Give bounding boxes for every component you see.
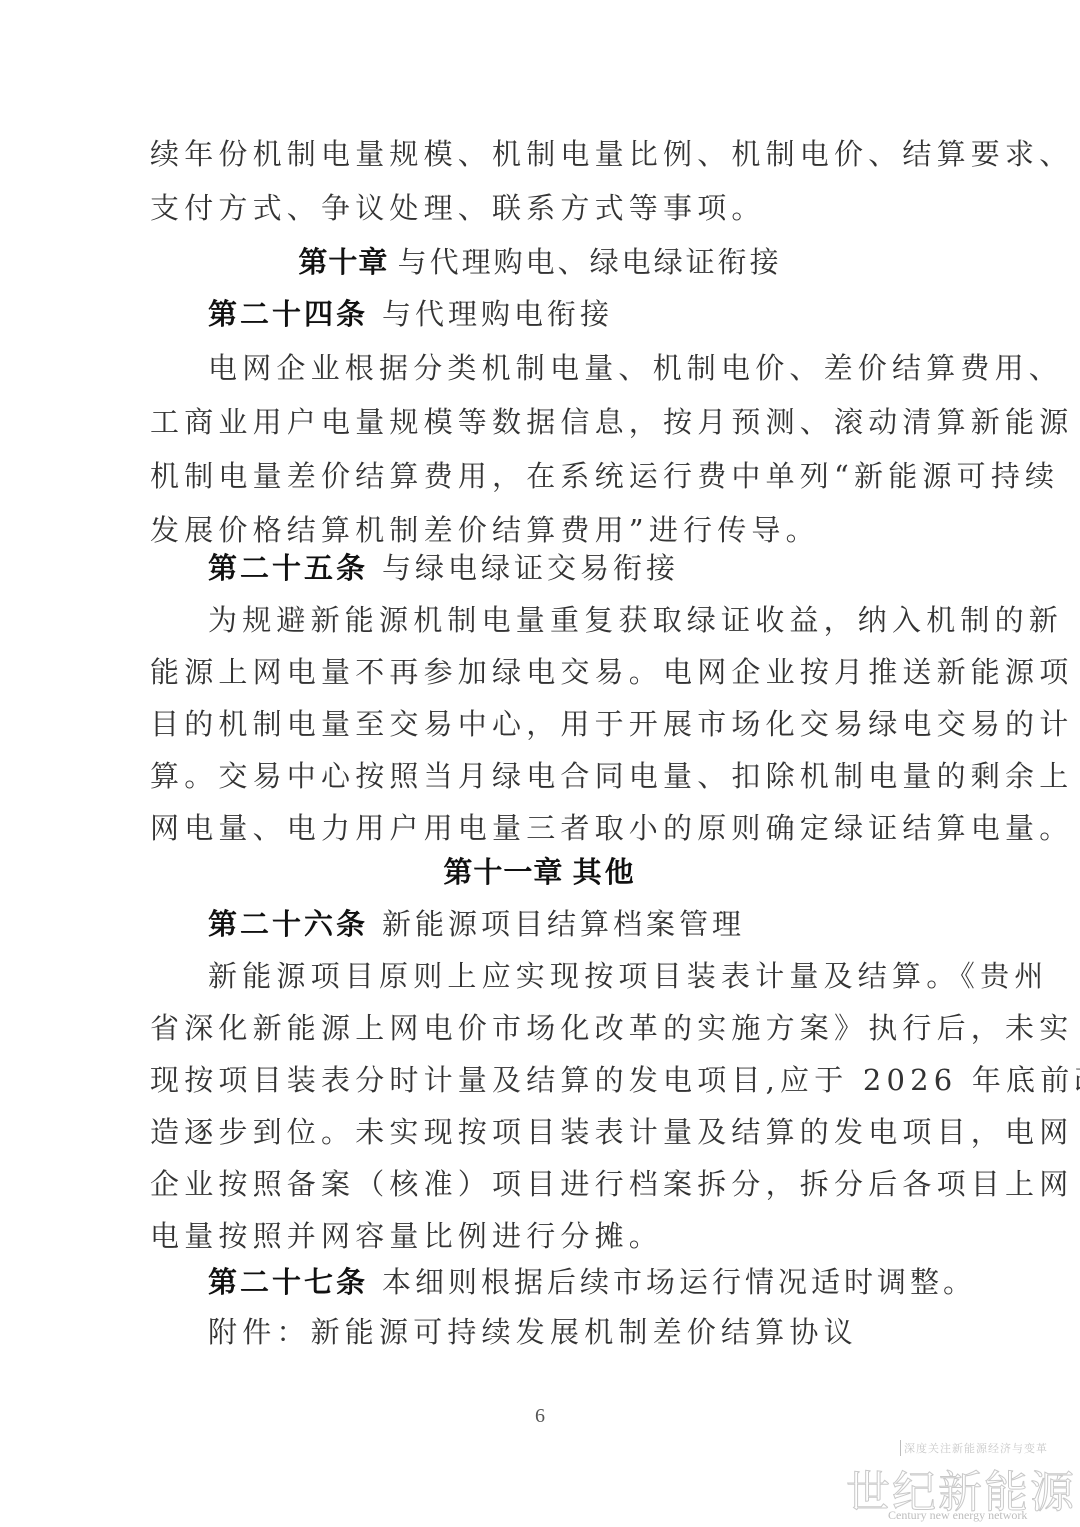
article-number: 第二十五条 — [208, 551, 368, 585]
article-title: 与绿电绿证交易衔接 — [382, 551, 679, 585]
watermark-tagline: 深度关注新能源经济与变革 — [900, 1440, 1048, 1456]
paragraph-line: 为规避新能源机制电量重复获取绿证收益，纳入机制的新 — [208, 600, 998, 640]
paragraph-line: 企业按照备案（核准）项目进行档案拆分，拆分后各项目上网 — [150, 1164, 940, 1204]
chapter-heading-11: 第十一章 其他 — [0, 852, 1080, 892]
article-number: 第二十七条 — [208, 1265, 368, 1299]
chapter-heading-10: 第十章 与代理购电、绿电绿证衔接 — [0, 242, 1080, 282]
chapter-number: 第十一章 — [443, 855, 563, 889]
article-title: 本细则根据后续市场运行情况适时调整。 — [382, 1265, 976, 1299]
article-number: 第二十六条 — [208, 907, 368, 941]
article-heading-24: 第二十四条与代理购电衔接 — [208, 294, 998, 334]
paragraph-line: 能源上网电量不再参加绿电交易。电网企业按月推送新能源项 — [150, 652, 940, 692]
paragraph-line: 续年份机制电量规模、机制电量比例、机制电价、结算要求、 — [150, 134, 940, 174]
page-number: 6 — [0, 1405, 1080, 1428]
watermark-english: Century new energy network — [888, 1508, 1027, 1523]
chapter-title: 与代理购电、绿电绿证衔接 — [398, 245, 782, 279]
article-heading-25: 第二十五条与绿电绿证交易衔接 — [208, 548, 998, 588]
paragraph-line: 支付方式、争议处理、联系方式等事项。 — [150, 188, 940, 228]
chapter-number: 第十章 — [298, 245, 388, 279]
paragraph-line: 目的机制电量至交易中心，用于开展市场化交易绿电交易的计 — [150, 704, 940, 744]
paragraph-line: 电网企业根据分类机制电量、机制电价、差价结算费用、 — [208, 348, 998, 388]
paragraph-line: 机制电量差价结算费用，在系统运行费中单列“新能源可持续 — [150, 456, 940, 496]
paragraph-line: 发展价格结算机制差价结算费用”进行传导。 — [150, 510, 940, 550]
chapter-title: 其他 — [573, 855, 637, 889]
article-title: 与代理购电衔接 — [382, 297, 613, 331]
article-title: 新能源项目结算档案管理 — [382, 907, 745, 941]
article-number: 第二十四条 — [208, 297, 368, 331]
paragraph-line: 造逐步到位。未实现按项目装表计量及结算的发电项目，电网 — [150, 1112, 940, 1152]
document-page: 续年份机制电量规模、机制电量比例、机制电价、结算要求、 支付方式、争议处理、联系… — [0, 0, 1080, 1527]
paragraph-line: 工商业用户电量规模等数据信息，按月预测、滚动清算新能源 — [150, 402, 940, 442]
paragraph-line: 省深化新能源上网电价市场化改革的实施方案》执行后，未实 — [150, 1008, 940, 1048]
paragraph-line: 电量按照并网容量比例进行分摊。 — [150, 1216, 940, 1256]
watermark: 深度关注新能源经济与变革 世纪新能源网 Century new energy n… — [840, 1440, 1080, 1527]
article-heading-27: 第二十七条本细则根据后续市场运行情况适时调整。 — [208, 1262, 998, 1302]
article-heading-26: 第二十六条新能源项目结算档案管理 — [208, 904, 998, 944]
paragraph-line: 算。交易中心按照当月绿电合同电量、扣除机制电量的剩余上 — [150, 756, 940, 796]
paragraph-line: 新能源项目原则上应实现按项目装表计量及结算。《贵州 — [208, 956, 998, 996]
paragraph-line: 现按项目装表分时计量及结算的发电项目,应于 2026 年底前改 — [150, 1060, 940, 1100]
attachment-line: 附件：新能源可持续发展机制差价结算协议 — [208, 1312, 998, 1352]
paragraph-line: 网电量、电力用户用电量三者取小的原则确定绿证结算电量。 — [150, 808, 940, 848]
